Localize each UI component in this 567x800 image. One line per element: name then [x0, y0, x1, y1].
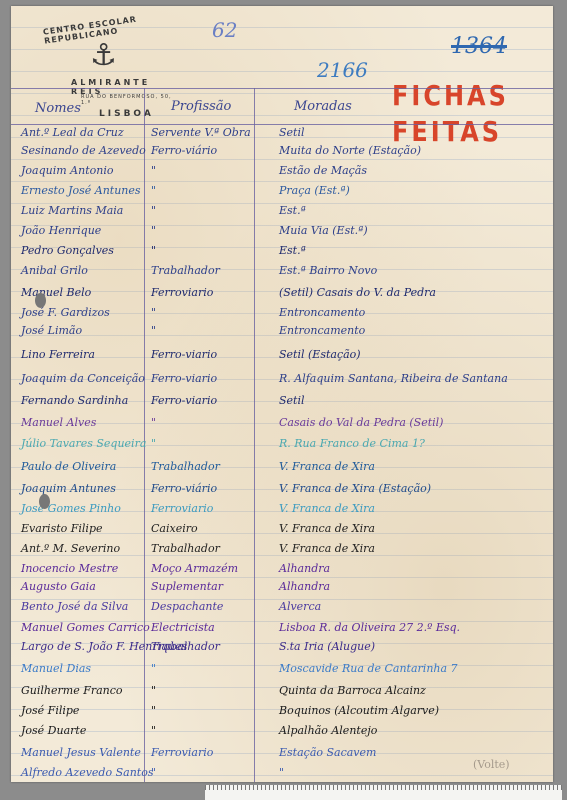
header-name: Nomes [35, 101, 81, 116]
entry-name: Evaristo Filipe [21, 522, 103, 535]
entry-name: Luiz Martins Maia [21, 204, 123, 217]
entry-profession: Ferro-viario [151, 394, 217, 407]
entry-profession: Trabalhador [151, 640, 220, 653]
entry-name: Ant.º Leal da Cruz [21, 126, 124, 139]
entry-address: V. Franca de Xira [279, 502, 375, 515]
table-row: José Duarte"Alpalhão Alentejo [11, 724, 553, 746]
entry-address: Praça (Est.ª) [279, 184, 350, 197]
entry-name: Manuel Jesus Valente [21, 746, 141, 759]
table-row: Manuel Alves"Casais do Val da Pedra (Set… [11, 416, 553, 438]
entry-address: V. Franca de Xira (Estação) [279, 482, 431, 495]
entry-address: " [279, 766, 284, 779]
entry-profession: Ferro-viario [151, 372, 217, 385]
entry-address: Estação Sacavem [279, 746, 376, 759]
entry-address: Alhandra [279, 580, 330, 593]
entry-profession: Caixeiro [151, 522, 198, 535]
entry-address: Muia Via (Est.ª) [279, 224, 368, 237]
header-rule-bottom [11, 124, 553, 125]
entry-name: José Gomes Pinho [21, 502, 121, 515]
entry-profession: " [151, 437, 156, 450]
bust-and-anchor-icon: ⚓ [90, 38, 117, 73]
entry-name: José Limão [21, 324, 82, 337]
table-row: Luiz Martins Maia"Est.ª [11, 204, 553, 226]
entry-address: Setil [279, 394, 305, 407]
entry-address: Alpalhão Alentejo [279, 724, 377, 737]
entry-address: S.ta Iria (Alugue) [279, 640, 375, 653]
entry-address: (Setil) Casais do V. da Pedra [279, 286, 436, 299]
entry-address: Casais do Val da Pedra (Setil) [279, 416, 443, 429]
entry-name: Guilherme Franco [21, 684, 123, 697]
page-number: 62 [212, 18, 237, 42]
entry-profession: " [151, 324, 156, 337]
entry-address: R. Rua Franco de Cima 1? [279, 437, 425, 450]
header-address: Moradas [294, 99, 352, 114]
table-row: Largo de S. João F. HenriquesTrabalhador… [11, 640, 553, 662]
entry-name: João Henrique [21, 224, 101, 237]
table-row: Augusto GaiaSuplementarAlhandra [11, 580, 553, 602]
table-row: Bento José da SilvaDespachanteAlverca [11, 600, 553, 622]
entry-profession: " [151, 184, 156, 197]
punch-hole [35, 293, 46, 308]
entry-name: Alfredo Azevedo Santos [21, 766, 153, 779]
entry-profession: Moço Armazém [151, 562, 238, 575]
entry-profession: Ferroviario [151, 286, 213, 299]
entry-name: José Duarte [21, 724, 86, 737]
entry-name: Lino Ferreira [21, 348, 95, 361]
entry-name: Ernesto José Antunes [21, 184, 141, 197]
reference-number: 2166 [317, 58, 368, 82]
entry-address: Est.ª Bairro Novo [279, 264, 377, 277]
table-row: João Henrique"Muia Via (Est.ª) [11, 224, 553, 246]
header-profession: Profissão [171, 99, 231, 114]
entry-profession: Trabalhador [151, 460, 220, 473]
entry-address: Alverca [279, 600, 321, 613]
entry-name: Manuel Alves [21, 416, 96, 429]
entry-address: V. Franca de Xira [279, 542, 375, 555]
entry-address: Muita do Norte (Estação) [279, 144, 421, 157]
entry-profession: Servente V.ª Obra [151, 126, 251, 139]
entry-name: Anibal Grilo [21, 264, 88, 277]
entry-address: R. Alfaquim Santana, Ribeira de Santana [279, 372, 508, 385]
entry-profession: " [151, 724, 156, 737]
measurement-ruler [205, 785, 562, 800]
entry-name: Manuel Belo [21, 286, 91, 299]
table-row: Joaquim da ConceiçãoFerro-viarioR. Alfaq… [11, 372, 553, 394]
entry-profession: " [151, 306, 156, 319]
table-row: Paulo de OliveiraTrabalhadorV. Franca de… [11, 460, 553, 482]
table-row: Manuel BeloFerroviario(Setil) Casais do … [11, 286, 553, 308]
entry-name: Bento José da Silva [21, 600, 128, 613]
entry-profession: Electricista [151, 621, 215, 634]
entry-profession: Trabalhador [151, 264, 220, 277]
table-row: Guilherme Franco"Quinta da Barroca Alcai… [11, 684, 553, 706]
entry-address: Setil [279, 126, 305, 139]
entry-profession: " [151, 204, 156, 217]
struck-number: 1364 [451, 34, 507, 59]
stamp-line1: FICHAS [392, 80, 509, 112]
table-row: José Gomes PinhoFerroviarioV. Franca de … [11, 502, 553, 524]
entry-name: Júlio Tavares Sequeira [21, 437, 146, 450]
entry-name: Ant.º M. Severino [21, 542, 120, 555]
entry-name: Joaquim Antonio [21, 164, 113, 177]
entry-address: Entroncamento [279, 306, 365, 319]
table-row: Evaristo FilipeCaixeiroV. Franca de Xira [11, 522, 553, 544]
entry-address: Quinta da Barroca Alcainz [279, 684, 426, 697]
table-row: Pedro Gonçalves"Est.ª [11, 244, 553, 266]
entry-profession: Ferro-viário [151, 144, 217, 157]
table-row: Lino FerreiraFerro-viarioSetil (Estação) [11, 348, 553, 370]
entry-name: José Filipe [21, 704, 79, 717]
table-row: Joaquim AntunesFerro-viárioV. Franca de … [11, 482, 553, 504]
entry-address: Boquinos (Alcoutim Algarve) [279, 704, 439, 717]
letterhead: CENTRO ESCOLAR REPUBLICANO ⚓ ALMIRANTE R… [33, 16, 183, 136]
document-page: CENTRO ESCOLAR REPUBLICANO ⚓ ALMIRANTE R… [11, 6, 553, 782]
entry-name: Pedro Gonçalves [21, 244, 114, 257]
entry-address: Moscavide Rua de Cantarinha 7 [279, 662, 458, 675]
entry-profession: Ferro-viario [151, 348, 217, 361]
letterhead-line3: LISBOA [99, 109, 154, 119]
table-row: Manuel Jesus ValenteFerroviarioEstação S… [11, 746, 553, 768]
entry-profession: Suplementar [151, 580, 223, 593]
punch-hole [39, 494, 50, 509]
entry-address: V. Franca de Xira [279, 522, 375, 535]
entry-name: Fernando Sardinha [21, 394, 128, 407]
footer-note: (Volte) [473, 758, 510, 771]
entry-address: Lisboa R. da Oliveira 27 2.º Esq. [279, 621, 460, 634]
entry-name: Joaquim da Conceição [21, 372, 145, 385]
table-row: Ernesto José Antunes"Praça (Est.ª) [11, 184, 553, 206]
entry-profession: " [151, 766, 156, 779]
table-row: Anibal GriloTrabalhadorEst.ª Bairro Novo [11, 264, 553, 286]
entry-name: Inocencio Mestre [21, 562, 118, 575]
table-row: José Filipe"Boquinos (Alcoutim Algarve) [11, 704, 553, 726]
entry-address: Est.ª [279, 244, 306, 257]
entry-profession: " [151, 164, 156, 177]
entry-address: Entroncamento [279, 324, 365, 337]
entry-name: Paulo de Oliveira [21, 460, 116, 473]
entry-profession: " [151, 244, 156, 257]
entry-profession: " [151, 416, 156, 429]
entry-profession: " [151, 662, 156, 675]
entry-profession: Despachante [151, 600, 223, 613]
entry-address: Estão de Maçãs [279, 164, 367, 177]
table-row: Ant.º M. SeverinoTrabalhadorV. Franca de… [11, 542, 553, 564]
letterhead-line2: RUA DO BENFORMOSO, 50, 1.º [81, 94, 183, 106]
table-row: Júlio Tavares Sequeira"R. Rua Franco de … [11, 437, 553, 459]
entry-profession: Ferroviario [151, 746, 213, 759]
entry-profession: " [151, 684, 156, 697]
entry-name: Manuel Dias [21, 662, 91, 675]
entry-profession: " [151, 224, 156, 237]
header-rule-top [11, 88, 553, 89]
entry-profession: Trabalhador [151, 542, 220, 555]
table-row: Fernando SardinhaFerro-viarioSetil [11, 394, 553, 416]
table-row: Joaquim Antonio"Estão de Maçãs [11, 164, 553, 186]
entry-address: V. Franca de Xira [279, 460, 375, 473]
entry-address: Est.ª [279, 204, 306, 217]
entry-name: Sesinando de Azevedo [21, 144, 146, 157]
table-row: Manuel Dias"Moscavide Rua de Cantarinha … [11, 662, 553, 684]
entry-profession: Ferroviario [151, 502, 213, 515]
entry-address: Alhandra [279, 562, 330, 575]
entry-profession: " [151, 704, 156, 717]
table-row: José Limão"Entroncamento [11, 324, 553, 346]
entry-profession: Ferro-viário [151, 482, 217, 495]
entry-name: Manuel Gomes Carrico [21, 621, 150, 634]
entry-address: Setil (Estação) [279, 348, 361, 361]
table-row: Sesinando de AzevedoFerro-viárioMuita do… [11, 144, 553, 166]
entry-name: Joaquim Antunes [21, 482, 116, 495]
entry-name: José F. Gardizos [21, 306, 110, 319]
entry-name: Augusto Gaia [21, 580, 96, 593]
